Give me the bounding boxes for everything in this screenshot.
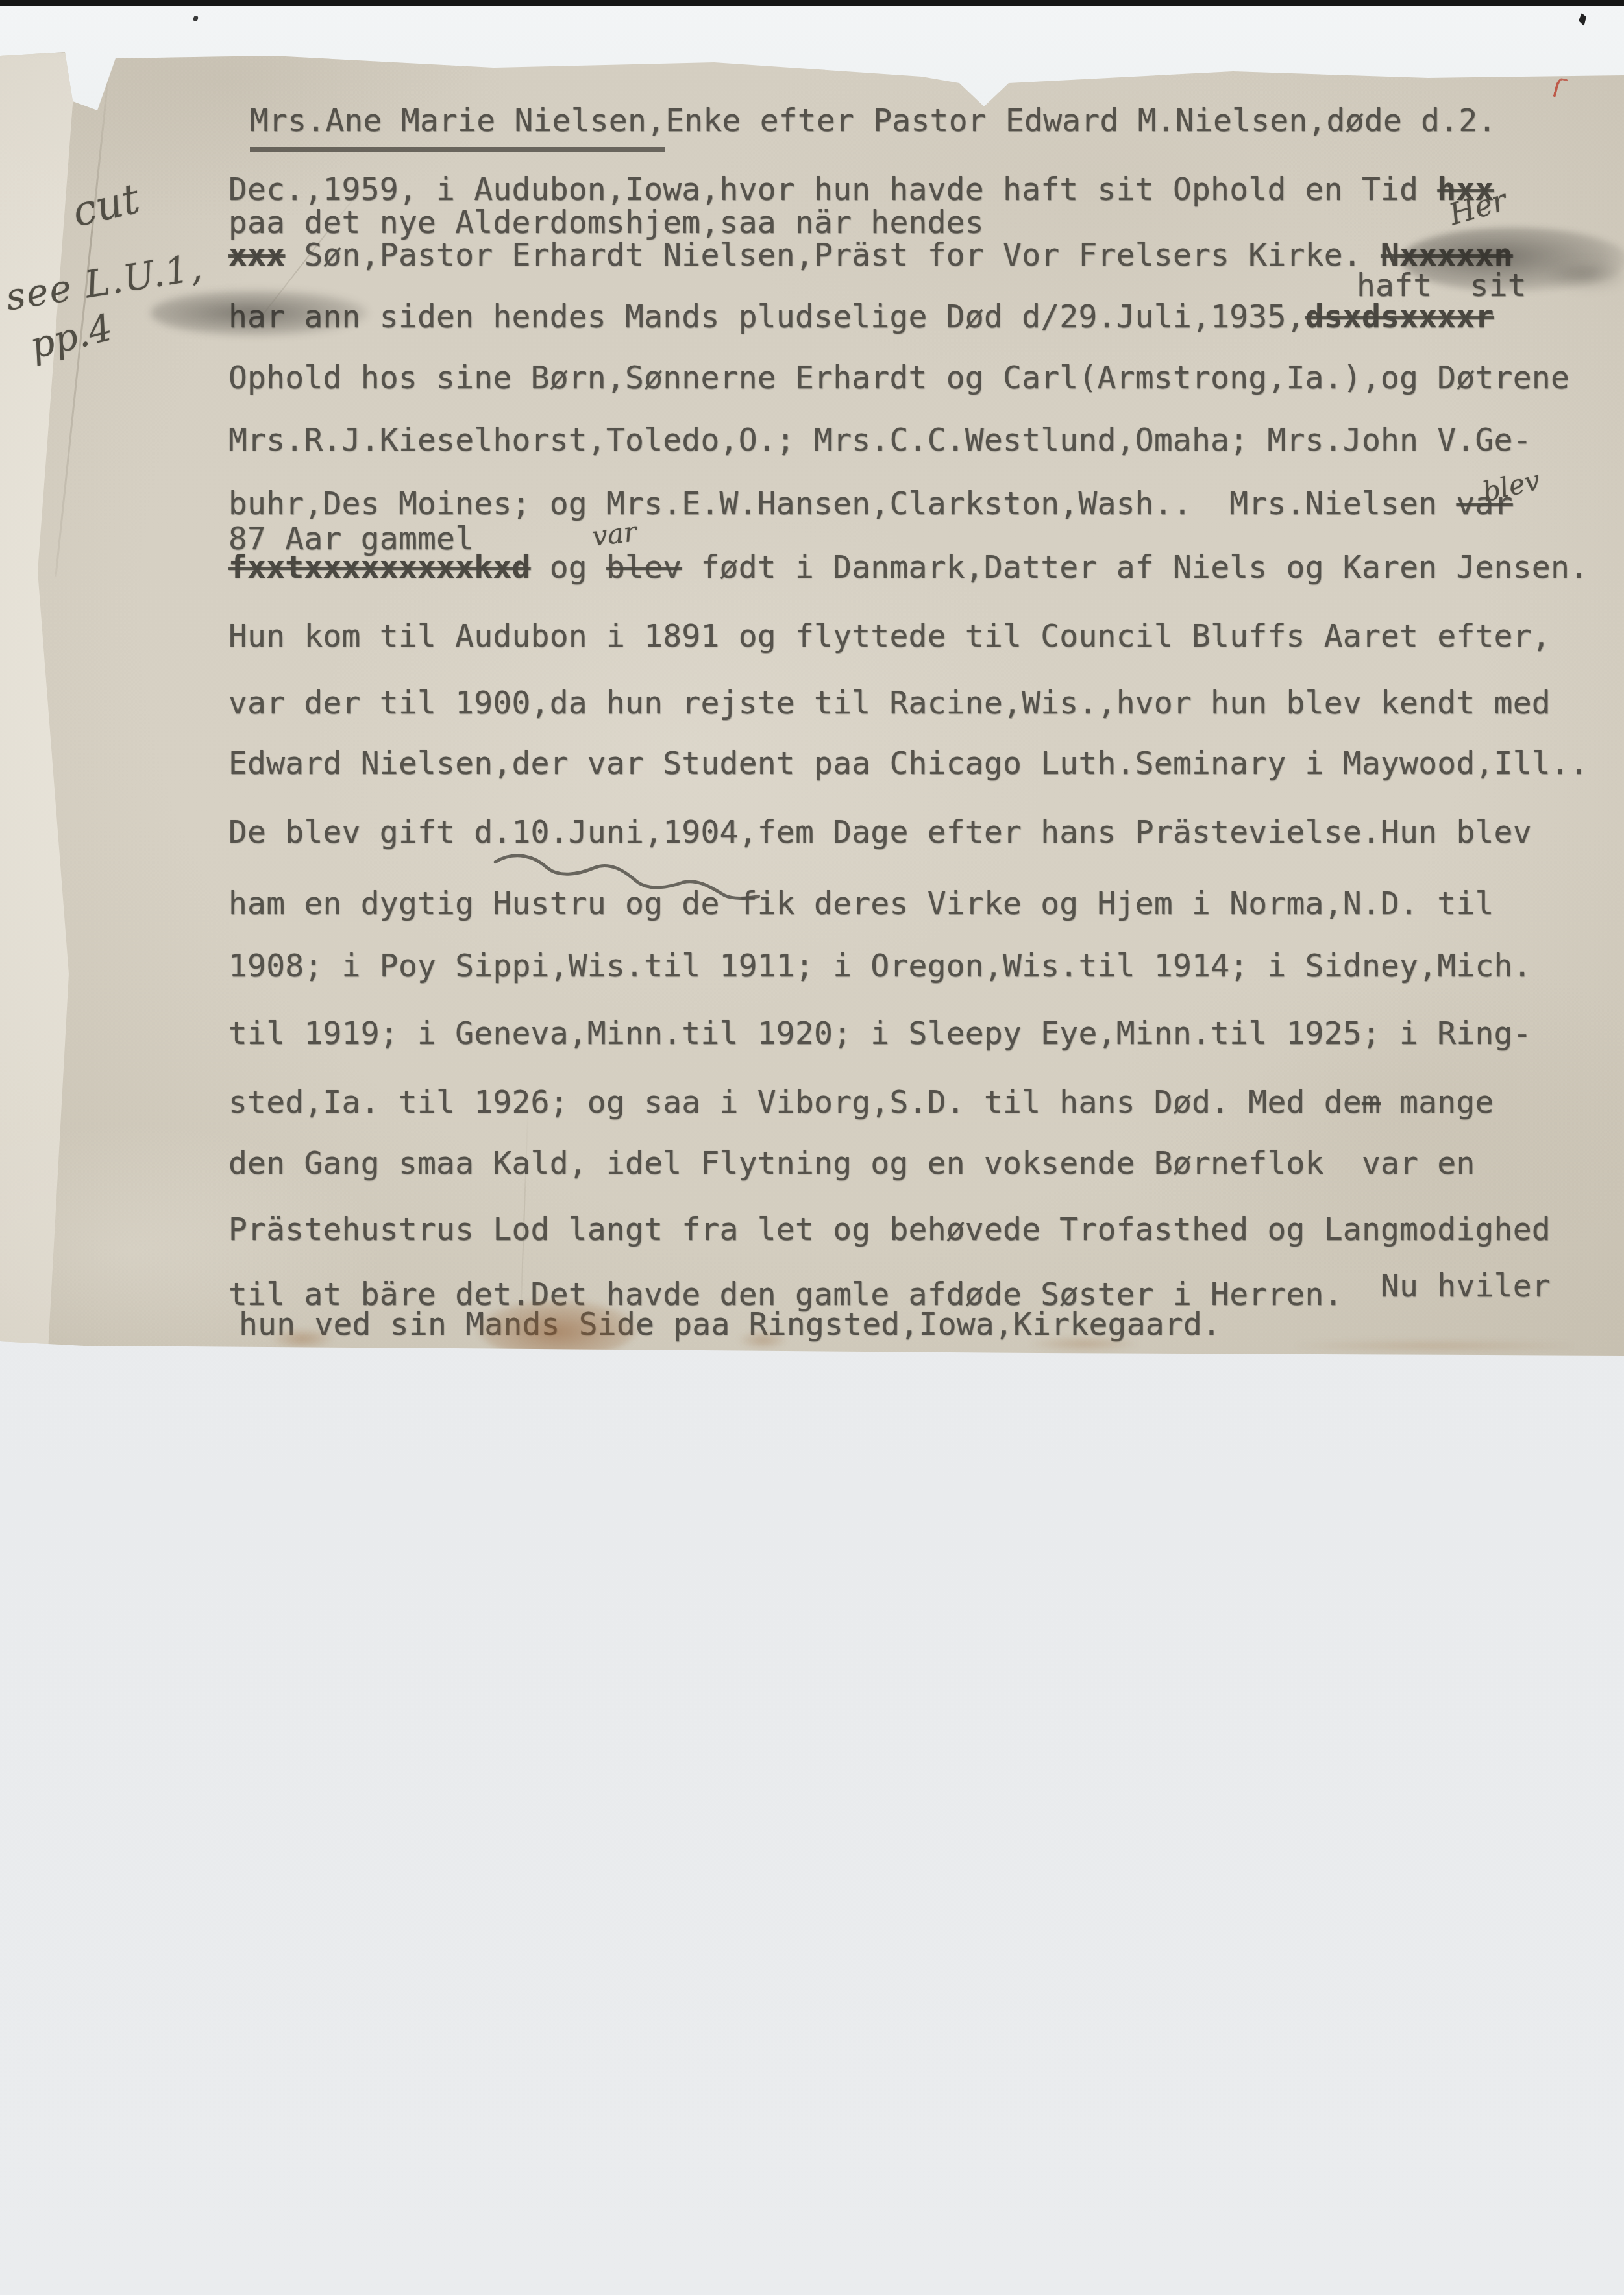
margin-note-page: pp.4: [26, 306, 117, 368]
handwritten-layer: cutsee L.U.1,pp.4Herblevvar: [0, 0, 1624, 1360]
scanned-document: Mrs.Ane Marie Nielsen,Enke efter Pastor …: [0, 0, 1624, 2295]
paper-sheet: Mrs.Ane Marie Nielsen,Enke efter Pastor …: [0, 0, 1624, 1360]
scanner-edge-strip: [0, 0, 1624, 6]
margin-note-cut: cut: [68, 175, 144, 236]
interline-note-var: var: [590, 515, 638, 552]
interline-note-blev: blev: [1480, 464, 1544, 508]
interline-note-her: Her: [1445, 182, 1510, 232]
